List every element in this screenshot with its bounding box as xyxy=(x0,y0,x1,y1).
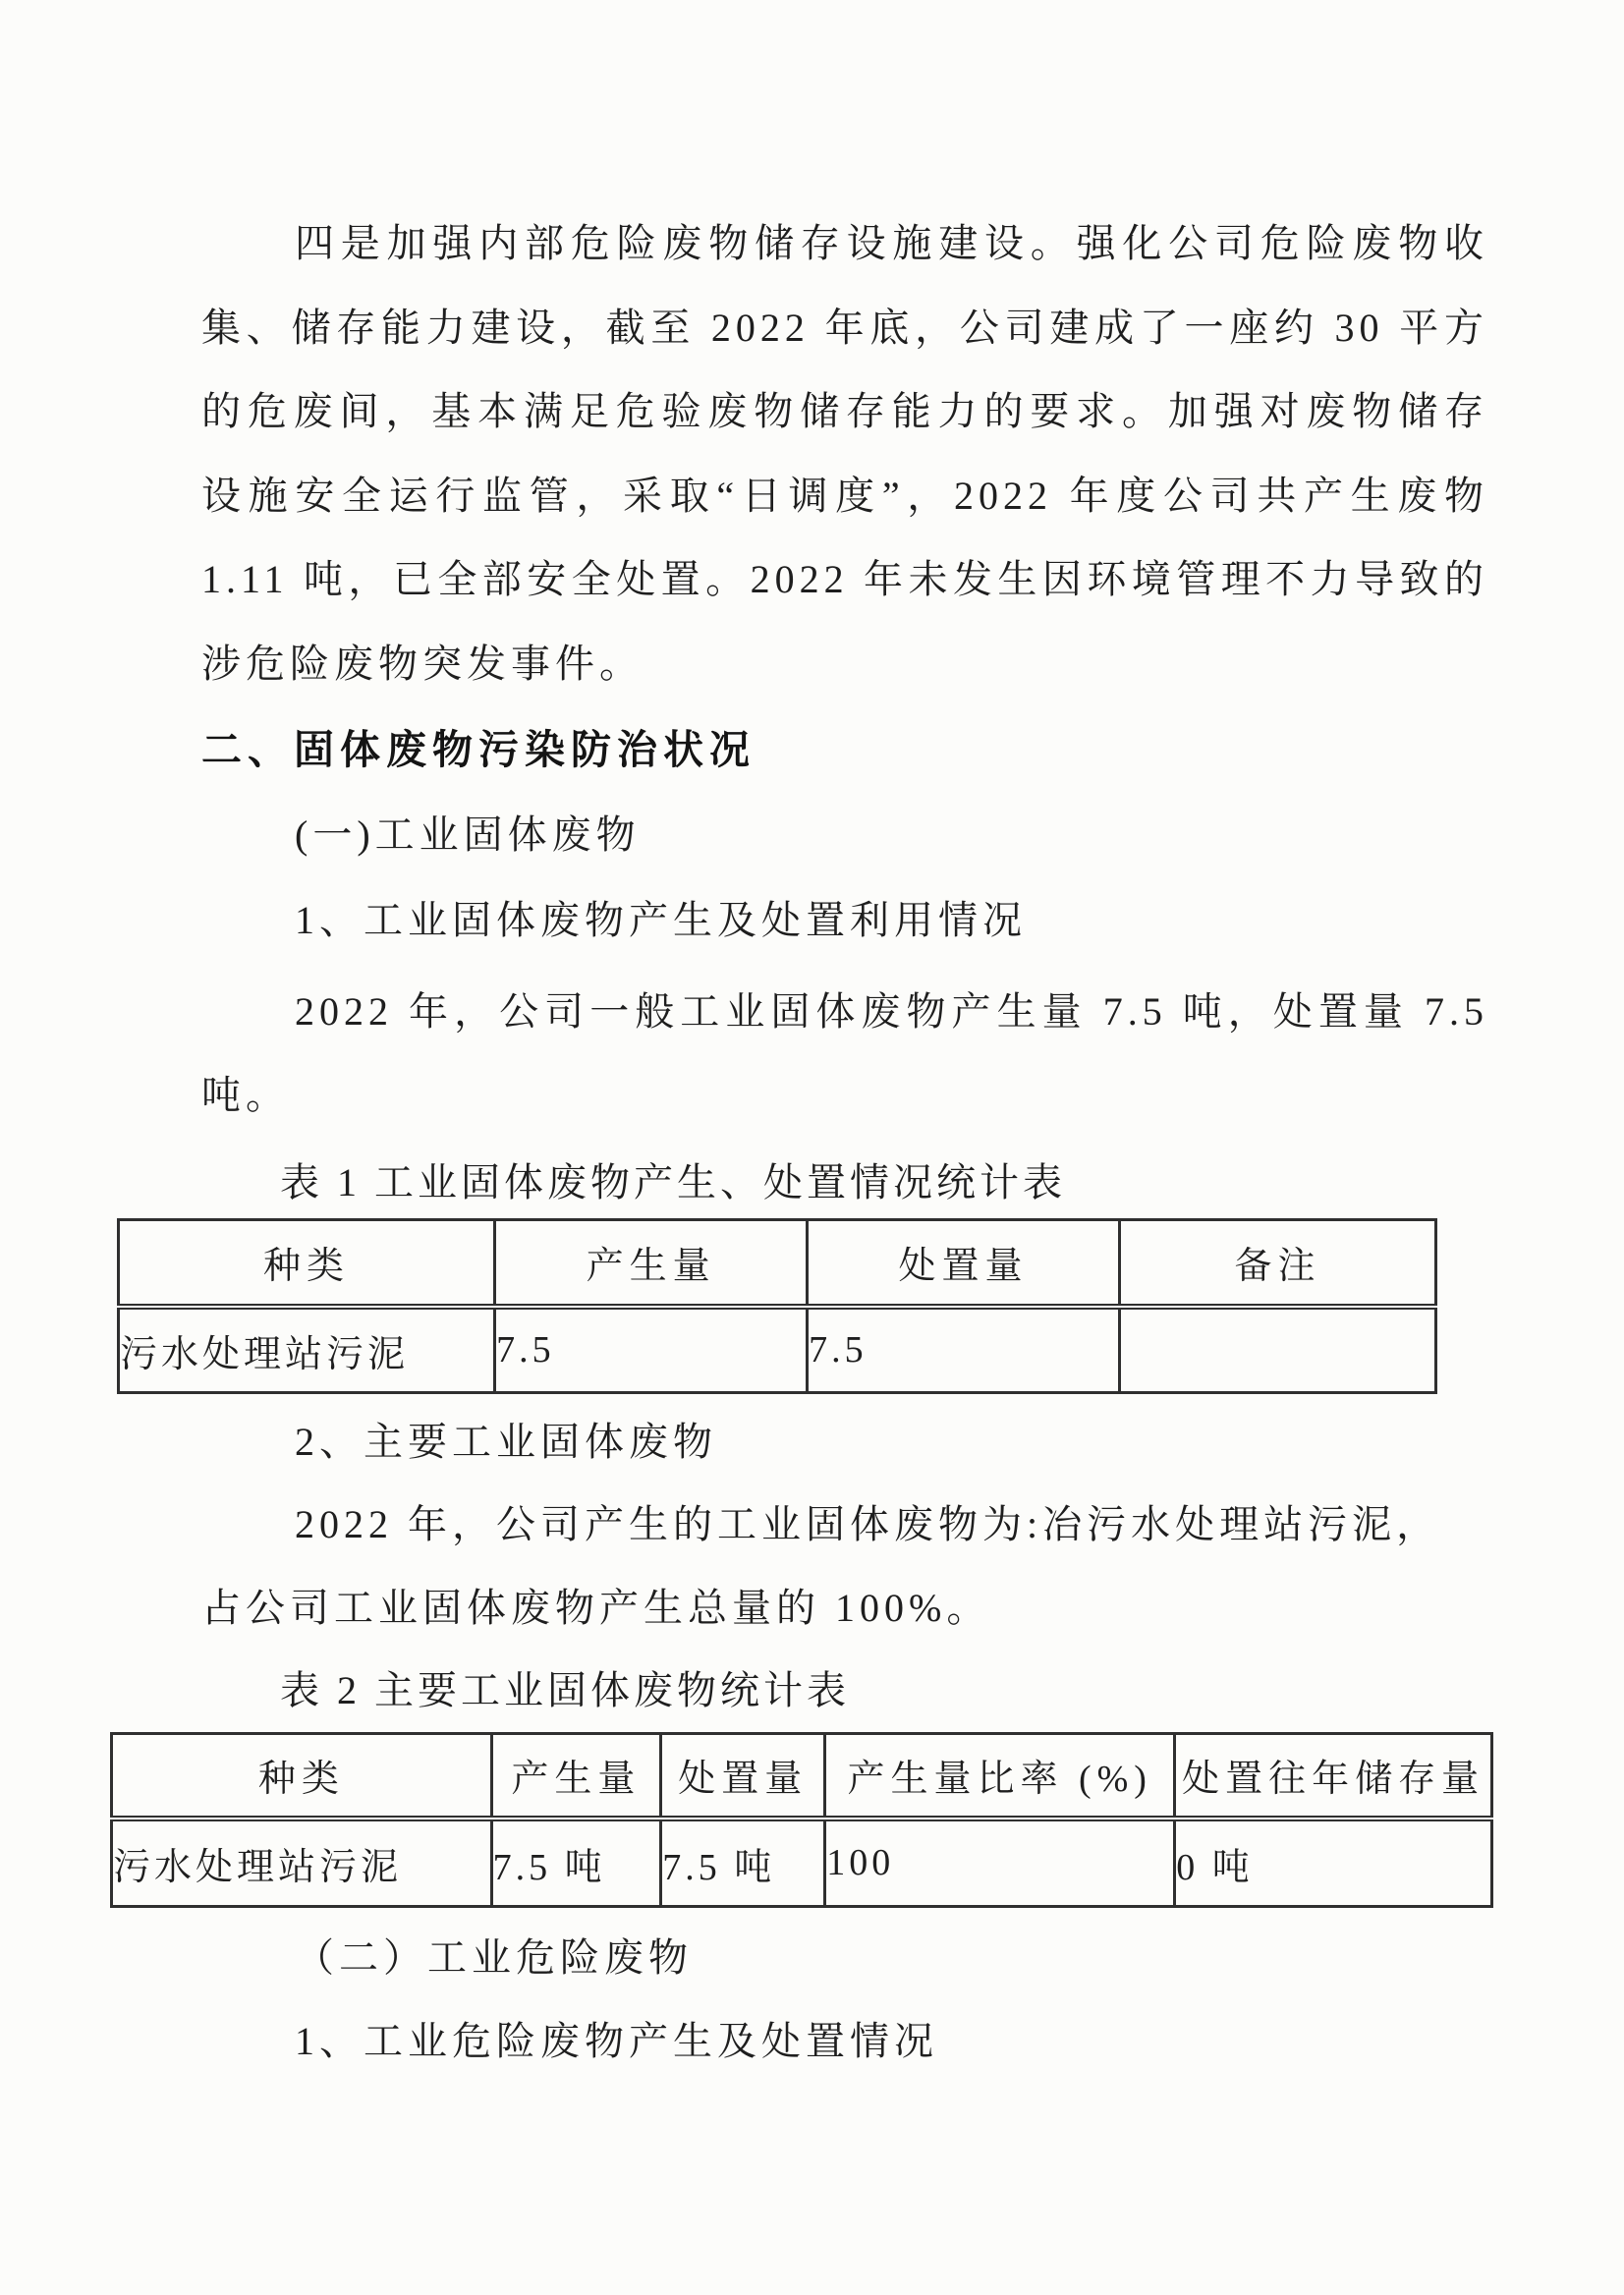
table-header-row: 种类 产生量 处置量 备注 xyxy=(119,1220,1436,1307)
scanned-document-page: 四是加强内部危险废物储存设施建设。强化公司危险废物收 集、储存能力建设，截至 2… xyxy=(0,0,1624,2295)
table2-caption: 表 2 主要工业固体废物统计表 xyxy=(201,1667,1488,1714)
paragraph-line: 集、储存能力建设，截至 2022 年底，公司建成了一座约 30 平方 xyxy=(201,305,1488,352)
column-header: 处置往年储存量 xyxy=(1175,1734,1492,1819)
table-header-row: 种类 产生量 处置量 产生量比率 (%) 处置往年储存量 xyxy=(112,1734,1492,1819)
paragraph-line: 占公司工业固体废物产生总量的 100%。 xyxy=(201,1585,1488,1632)
table-cell-disposed: 7.5 吨 xyxy=(661,1819,825,1907)
table-cell-kind: 污水处理站污泥 xyxy=(112,1819,492,1907)
paragraph-line: 吨。 xyxy=(201,1072,1488,1119)
section-heading: 二、固体废物污染防治状况 xyxy=(201,726,1488,773)
table-cell-kind: 污水处理站污泥 xyxy=(119,1307,495,1393)
paragraph-line: 涉危险废物突发事件。 xyxy=(201,641,1488,688)
column-header: 处置量 xyxy=(808,1220,1120,1307)
table-cell-stored: 0 吨 xyxy=(1175,1819,1492,1907)
list-item-heading: 1、工业固体废物产生及处置利用情况 xyxy=(201,897,1488,944)
table-cell-ratio: 100 xyxy=(825,1819,1175,1907)
paragraph-line: 2022 年，公司一般工业固体废物产生量 7.5 吨，处置量 7.5 xyxy=(201,988,1488,1036)
list-item-heading: 1、工业危险废物产生及处置情况 xyxy=(201,2018,1488,2065)
table-industrial-solid-waste: 种类 产生量 处置量 备注 污水处理站污泥 7.5 7.5 xyxy=(117,1218,1437,1394)
table-cell-produced: 7.5 吨 xyxy=(491,1819,661,1907)
table-row: 污水处理站污泥 7.5 吨 7.5 吨 100 0 吨 xyxy=(112,1819,1492,1907)
subsection-heading: (一)工业固体废物 xyxy=(201,812,1488,859)
table-cell-produced: 7.5 xyxy=(495,1307,808,1393)
column-header: 备注 xyxy=(1120,1220,1436,1307)
paragraph-line: 的危废间，基本满足危验废物储存能力的要求。加强对废物储存 xyxy=(201,388,1488,435)
column-header: 种类 xyxy=(112,1734,492,1819)
paragraph-line: 四是加强内部危险废物储存设施建设。强化公司危险废物收 xyxy=(201,220,1488,267)
paragraph-line: 2022 年，公司产生的工业固体废物为:冶污水处理站污泥， xyxy=(201,1501,1488,1548)
table-main-industrial-solid-waste: 种类 产生量 处置量 产生量比率 (%) 处置往年储存量 污水处理站污泥 7.5… xyxy=(110,1732,1493,1908)
paragraph-line: 设施安全运行监管，采取“日调度”，2022 年度公司共产生废物 xyxy=(201,473,1488,520)
table1-caption: 表 1 工业固体废物产生、处置情况统计表 xyxy=(201,1159,1488,1206)
table-cell-disposed: 7.5 xyxy=(808,1307,1120,1393)
subsection-heading: （二）工业危险废物 xyxy=(201,1934,1488,1982)
list-item-heading: 2、主要工业固体废物 xyxy=(201,1419,1488,1466)
paragraph-line: 1.11 吨，已全部安全处置。2022 年未发生因环境管理不力导致的 xyxy=(201,556,1488,603)
column-header: 产生量 xyxy=(491,1734,661,1819)
column-header: 种类 xyxy=(119,1220,495,1307)
column-header: 产生量 xyxy=(495,1220,808,1307)
table-cell-remark xyxy=(1120,1307,1436,1393)
table-row: 污水处理站污泥 7.5 7.5 xyxy=(119,1307,1436,1393)
column-header: 处置量 xyxy=(661,1734,825,1819)
column-header: 产生量比率 (%) xyxy=(825,1734,1175,1819)
